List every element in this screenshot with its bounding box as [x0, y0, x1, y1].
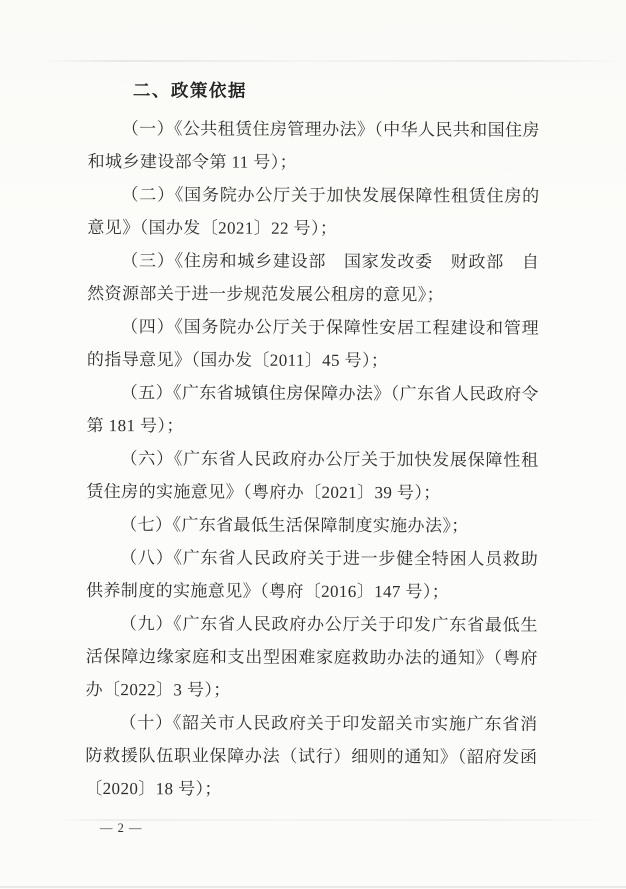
- document-body: 二、政策依据 （一）《公共租赁住房管理办法》（中华人民共和国住房和城乡建设部令第…: [85, 76, 540, 807]
- policy-item-1: （一）《公共租赁住房管理办法》（中华人民共和国住房和城乡建设部令第 11 号）；: [88, 112, 540, 180]
- policy-item-4: （四）《国务院办公厅关于保障性安居工程建设和管理的指导意见》（国办发〔2011〕…: [87, 310, 539, 378]
- policy-item-8: （八）《广东省人民政府关于进一步健全特困人员救助供养制度的实施意见》（粤府〔20…: [86, 541, 538, 609]
- policy-item-9: （九）《广东省人民政府办公厅关于印发广东省最低生活保障边缘家庭和支出型困难家庭救…: [86, 607, 538, 708]
- scanned-document-page: 二、政策依据 （一）《公共租赁住房管理办法》（中华人民共和国住房和城乡建设部令第…: [0, 0, 626, 889]
- page-number: — 2 —: [100, 821, 143, 836]
- policy-item-6: （六）《广东省人民政府办公厅关于加快发展保障性租赁住房的实施意见》（粤府办〔20…: [86, 442, 538, 510]
- policy-item-3: （三）《住房和城乡建设部 国家发改委 财政部 自然资源部关于进一步规范发展公租房…: [87, 244, 539, 312]
- section-heading: 二、政策依据: [88, 76, 540, 106]
- scan-streak-top: [38, 60, 626, 62]
- policy-item-10: （十）《韶关市人民政府关于印发韶关市实施广东省消防救援队伍职业保障办法（试行）细…: [85, 706, 537, 807]
- scan-streak-bottom: [0, 886, 626, 888]
- policy-item-7: （七）《广东省最低生活保障制度实施办法》；: [86, 508, 538, 543]
- policy-item-2: （二）《国务院办公厅关于加快发展保障性租赁住房的意见》（国办发〔2021〕22 …: [87, 178, 539, 246]
- policy-item-5: （五）《广东省城镇住房保障办法》（广东省人民政府令第 181 号）；: [87, 376, 539, 444]
